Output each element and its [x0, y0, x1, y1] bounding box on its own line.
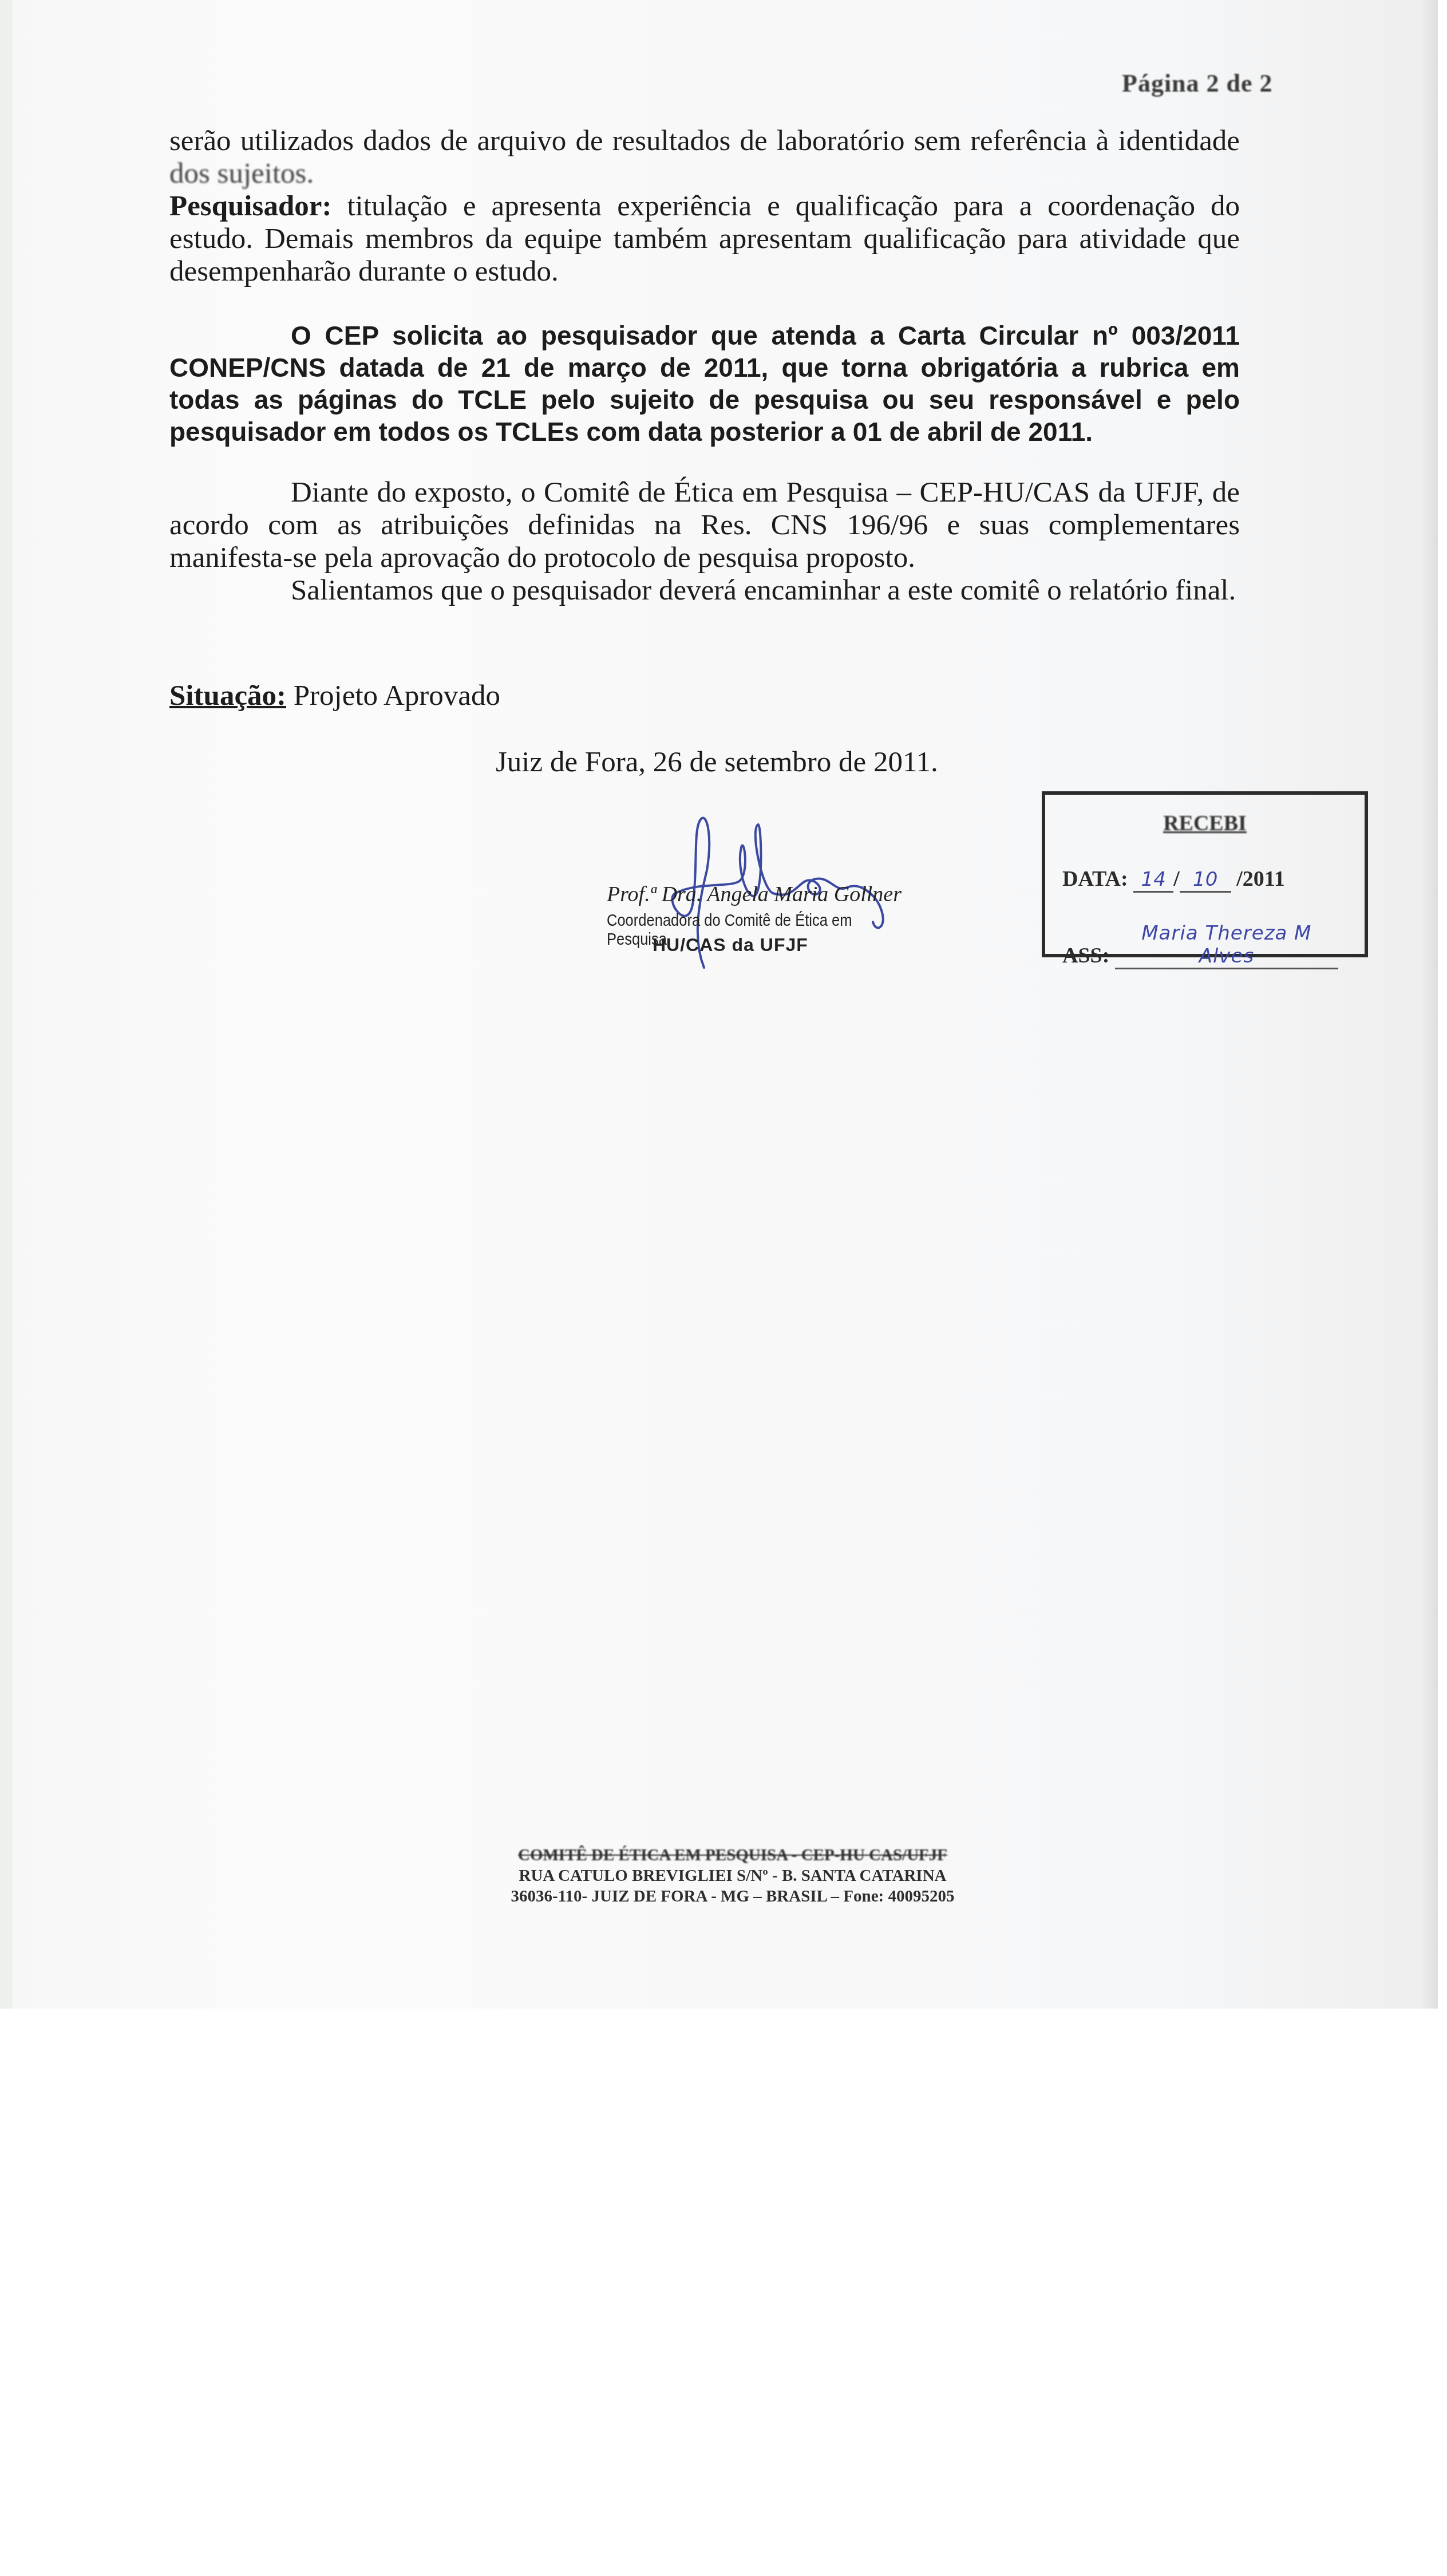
- committee-footer: COMITÊ DE ÉTICA EM PESQUISA - CEP-HU CAS…: [464, 1845, 1002, 1907]
- cep-request-text: O CEP solicita ao pesquisador que atenda…: [169, 319, 1240, 448]
- status-value: Projeto Aprovado: [294, 680, 500, 712]
- decision-text: Diante do exposto, o Comitê de Ética em …: [169, 476, 1240, 574]
- footer-line3: 36036-110- JUIZ DE FORA - MG – BRASIL – …: [464, 1886, 1002, 1907]
- cep-request-paragraph: O CEP solicita ao pesquisador que atenda…: [169, 319, 1240, 448]
- stamp-date-day: 14: [1133, 868, 1173, 893]
- signature-block: Prof.ª Dra. Angela Maria Gollner Coorden…: [607, 802, 927, 973]
- signatory-institution: HU/CAS da UFJF: [653, 934, 808, 956]
- page-number: Página 2 de 2: [1122, 69, 1273, 98]
- stamp-signature-row: ASS: Maria Thereza M Alves: [1062, 922, 1338, 969]
- decision-paragraph: Diante do exposto, o Comitê de Ética em …: [169, 476, 1240, 607]
- p1-line1: serão utilizados dados de arquivo de res…: [169, 125, 1240, 157]
- paragraph-data-usage: serão utilizados dados de arquivo de res…: [169, 125, 1240, 288]
- footer-line1: COMITÊ DE ÉTICA EM PESQUISA - CEP-HU CAS…: [464, 1845, 1002, 1865]
- stamp-date-month: 10: [1180, 868, 1231, 893]
- scan-edge: [0, 0, 13, 2009]
- document-page: [13, 0, 1438, 2009]
- footer-line2: RUA CATULO BREVIGLIEI S/Nº - B. SANTA CA…: [464, 1865, 1002, 1886]
- p1-line2: dos sujeitos.: [169, 157, 1240, 190]
- final-report-text: Salientamos que o pesquisador deverá enc…: [169, 574, 1240, 607]
- stamp-signature-label: ASS:: [1062, 944, 1109, 968]
- project-status: Situação: Projeto Aprovado: [169, 679, 500, 712]
- stamp-handwritten-signature: Maria Thereza M Alves: [1115, 922, 1338, 969]
- stamp-title: RECEBI: [1163, 811, 1247, 835]
- receipt-stamp: RECEBI DATA: 14/10 /2011 ASS: Maria Ther…: [1042, 791, 1368, 957]
- researcher-paragraph: Pesquisador: titulação e apresenta exper…: [169, 190, 1240, 288]
- signatory-name: Prof.ª Dra. Angela Maria Gollner: [607, 882, 902, 907]
- place-and-date: Juiz de Fora, 26 de setembro de 2011.: [496, 745, 938, 779]
- stamp-date-year: /2011: [1236, 867, 1284, 891]
- status-label: Situação:: [169, 680, 286, 712]
- researcher-label: Pesquisador:: [169, 190, 331, 222]
- stamp-date-row: DATA: 14/10 /2011: [1062, 866, 1285, 893]
- stamp-date-label: DATA:: [1062, 867, 1128, 891]
